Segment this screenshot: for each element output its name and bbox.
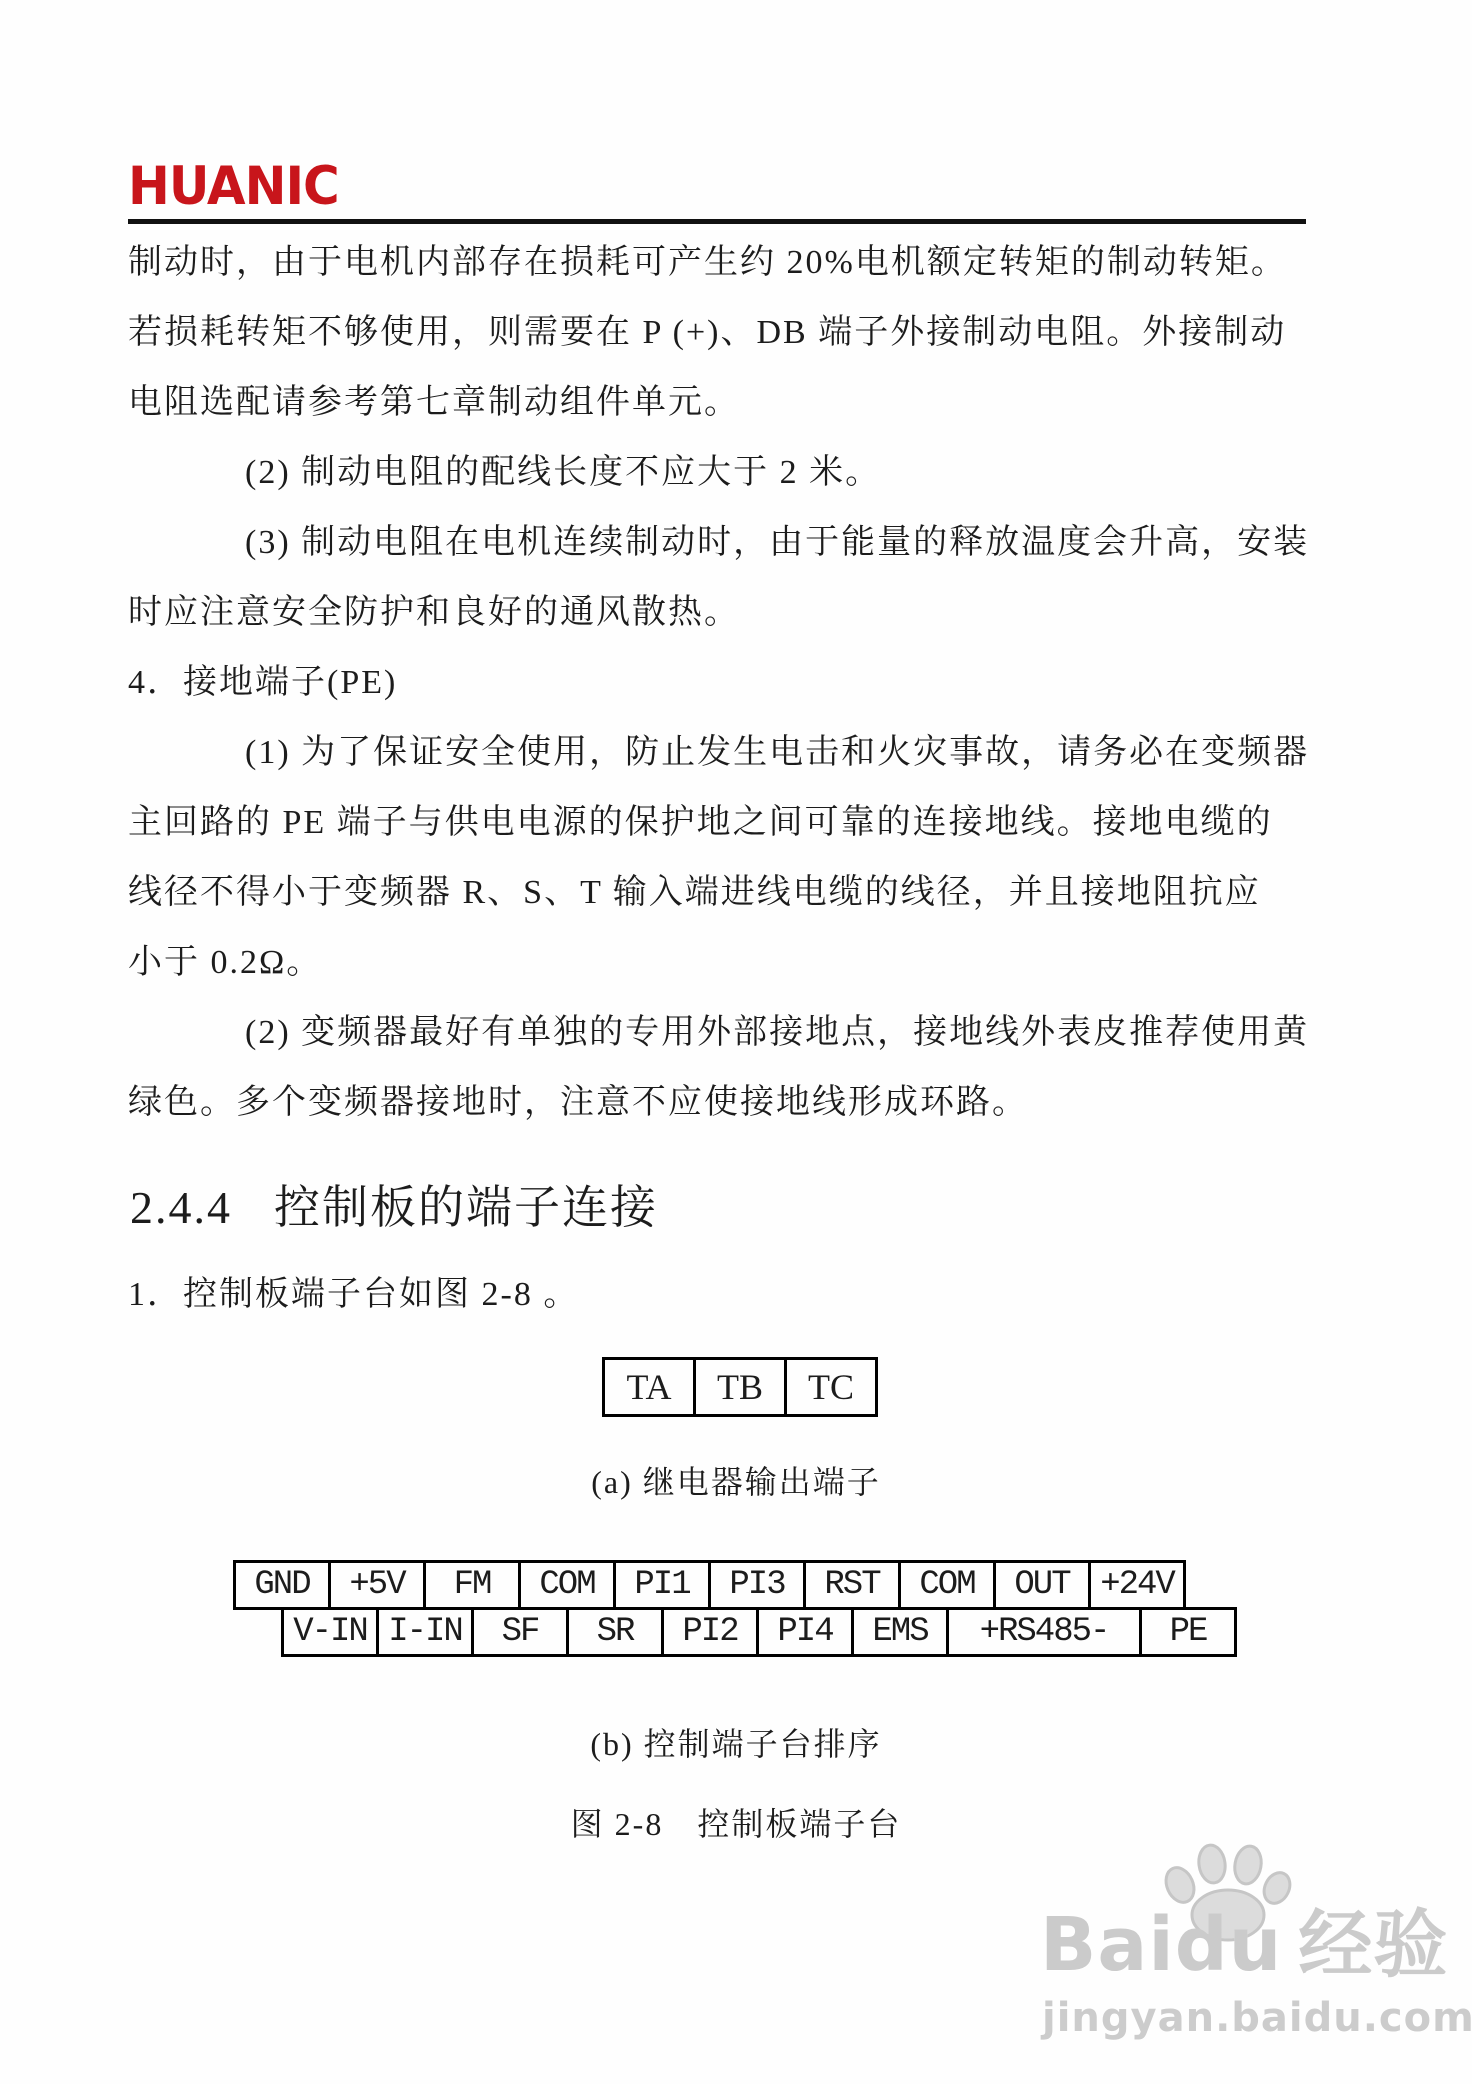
watermark-brand: Baidu经验 bbox=[1040, 1905, 1448, 1985]
list-item-4-heading: 4．接地端子(PE) bbox=[128, 648, 1310, 718]
relay-output-terminal-table: TA TB TC bbox=[602, 1357, 878, 1417]
paragraph-line: (1) 为了保证安全使用，防止发生电击和火灾事故，请务必在变频器 bbox=[128, 718, 1310, 788]
terminal-cell: SF bbox=[471, 1607, 569, 1657]
section-number: 2.4.4 bbox=[130, 1182, 232, 1233]
terminal-cell: I-IN bbox=[376, 1607, 474, 1657]
figure-caption: 图 2-8 控制板端子台 bbox=[0, 1802, 1472, 1846]
terminal-cell: COM bbox=[518, 1560, 616, 1610]
baidu-watermark: Baidu经验 jingyan.baidu.com bbox=[1040, 1845, 1420, 2060]
terminal-cell-rs485: +RS485- bbox=[946, 1607, 1142, 1657]
terminal-cell: PI4 bbox=[756, 1607, 854, 1657]
terminal-cell: +24V bbox=[1088, 1560, 1186, 1610]
watermark-brand-cjk: 经验 bbox=[1298, 1902, 1448, 1988]
paragraph-line: (2) 制动电阻的配线长度不应大于 2 米。 bbox=[128, 438, 1310, 508]
terminal-cell: OUT bbox=[993, 1560, 1091, 1610]
body-text: 制动时，由于电机内部存在损耗可产生约 20%电机额定转矩的制动转矩。 若损耗转矩… bbox=[128, 228, 1310, 1138]
paragraph-line: 制动时，由于电机内部存在损耗可产生约 20%电机额定转矩的制动转矩。 bbox=[128, 228, 1310, 298]
paragraph-line: 时应注意安全防护和良好的通风散热。 bbox=[128, 578, 1310, 648]
paragraph-line: 线径不得小于变频器 R、S、T 输入端进线电缆的线径，并且接地阻抗应 bbox=[128, 858, 1310, 928]
section-heading: 2.4.4控制板的端子连接 bbox=[130, 1180, 658, 1236]
paragraph-line: 小于 0.2Ω。 bbox=[128, 928, 1310, 998]
relay-terminal-cell: TB bbox=[693, 1357, 787, 1417]
relay-terminal-cell: TA bbox=[602, 1357, 696, 1417]
document-page: HUANIC 制动时，由于电机内部存在损耗可产生约 20%电机额定转矩的制动转矩… bbox=[0, 0, 1472, 2084]
terminal-cell: +5V bbox=[328, 1560, 426, 1610]
paragraph-line: 若损耗转矩不够使用，则需要在 P (+)、DB 端子外接制动电阻。外接制动 bbox=[128, 298, 1310, 368]
terminal-cell: EMS bbox=[851, 1607, 949, 1657]
terminal-cell: FM bbox=[423, 1560, 521, 1610]
terminal-cell: RST bbox=[803, 1560, 901, 1610]
terminal-cell: PI2 bbox=[661, 1607, 759, 1657]
watermark-brand-latin: Baidu bbox=[1040, 1902, 1282, 1988]
paragraph-line: (2) 变频器最好有单独的专用外部接地点，接地线外表皮推荐使用黄 bbox=[128, 998, 1310, 1068]
caption-a: (a) 继电器输出端子 bbox=[0, 1460, 1472, 1504]
relay-terminal-cell: TC bbox=[784, 1357, 878, 1417]
figure-intro-line: 1．控制板端子台如图 2-8 。 bbox=[128, 1272, 579, 1318]
section-title: 控制板的端子连接 bbox=[274, 1182, 658, 1233]
terminal-cell: PI1 bbox=[613, 1560, 711, 1610]
header-rule bbox=[128, 219, 1306, 224]
terminal-cell: PI3 bbox=[708, 1560, 806, 1610]
terminal-cell: SR bbox=[566, 1607, 664, 1657]
paragraph-line: 电阻选配请参考第七章制动组件单元。 bbox=[128, 368, 1310, 438]
terminal-cell: V-IN bbox=[281, 1607, 379, 1657]
terminal-cell: PE bbox=[1139, 1607, 1237, 1657]
paragraph-line: 主回路的 PE 端子与供电电源的保护地之间可靠的连接地线。接地电缆的 bbox=[128, 788, 1310, 858]
terminal-cell: GND bbox=[233, 1560, 331, 1610]
watermark-url: jingyan.baidu.com bbox=[1042, 1995, 1472, 2041]
control-terminal-row-1: GND +5V FM COM PI1 PI3 RST COM OUT +24V bbox=[233, 1560, 1186, 1610]
paragraph-line: 绿色。多个变频器接地时，注意不应使接地线形成环路。 bbox=[128, 1068, 1310, 1138]
paragraph-line: (3) 制动电阻在电机连续制动时，由于能量的释放温度会升高，安装 bbox=[128, 508, 1310, 578]
caption-b: (b) 控制端子台排序 bbox=[0, 1722, 1472, 1766]
huanic-logo: HUANIC bbox=[128, 160, 339, 213]
terminal-cell: COM bbox=[898, 1560, 996, 1610]
control-terminal-row-2: V-IN I-IN SF SR PI2 PI4 EMS +RS485- PE bbox=[281, 1607, 1237, 1657]
